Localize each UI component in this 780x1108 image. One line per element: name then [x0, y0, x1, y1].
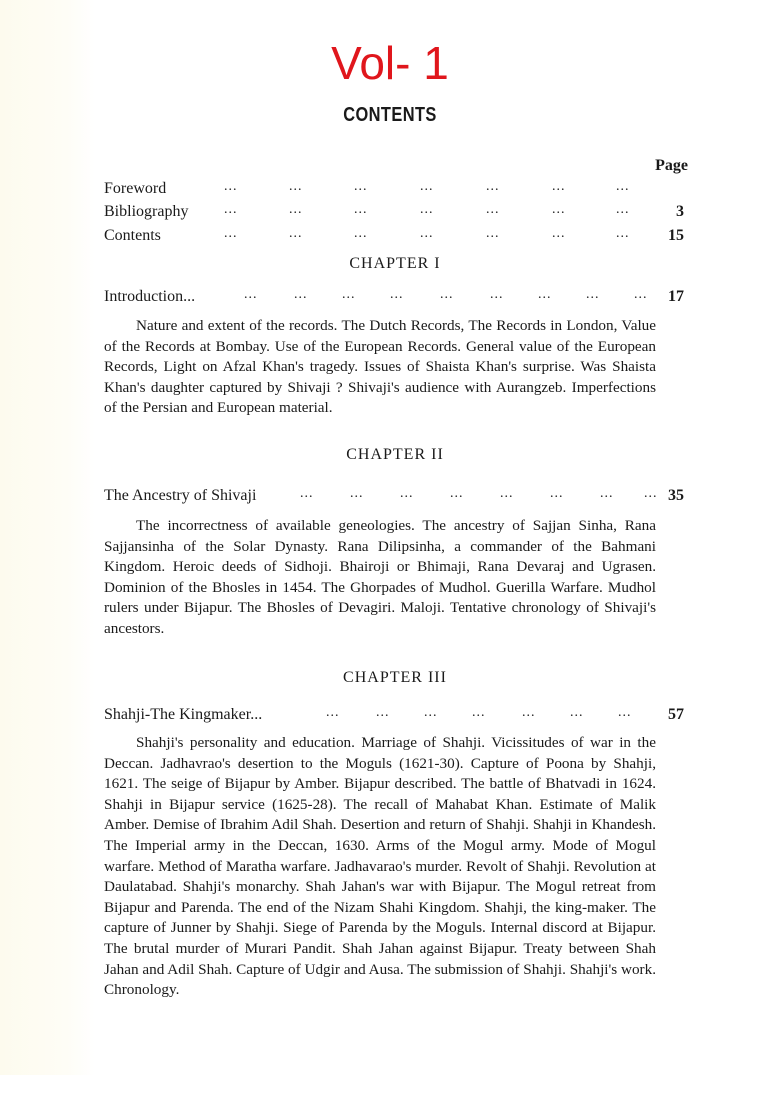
- chapter-heading: CHAPTER II: [0, 446, 780, 464]
- dot-leader: ...: [616, 176, 630, 198]
- toc-row-contents[interactable]: Contents ... ... ... ... ... ... ... 15: [104, 225, 684, 247]
- dot-leader: ...: [552, 176, 566, 198]
- dot-leader: ...: [570, 702, 584, 724]
- dot-leader: ...: [354, 176, 368, 198]
- dot-leader: ...: [550, 483, 564, 505]
- dot-leader: ...: [538, 284, 552, 306]
- chapter-heading: CHAPTER III: [0, 669, 780, 687]
- toc-row-chapter-3[interactable]: Shahji-The Kingmaker... ... ... ... ... …: [104, 704, 684, 726]
- dot-leader: ...: [400, 483, 414, 505]
- dot-leader: ...: [289, 176, 303, 198]
- dot-leader: ...: [326, 702, 340, 724]
- dot-leader: ...: [486, 199, 500, 221]
- dot-leader: ...: [354, 199, 368, 221]
- dot-leader: ...: [616, 199, 630, 221]
- volume-label: Vol- 1: [0, 36, 780, 90]
- dot-leader: ...: [616, 223, 630, 245]
- toc-entry-label: Foreword: [104, 178, 166, 200]
- toc-entry-page: 3: [676, 201, 684, 223]
- dot-leader: ...: [420, 199, 434, 221]
- dot-leader: ...: [224, 176, 238, 198]
- toc-entry-page: 35: [668, 485, 684, 507]
- dot-leader: ...: [486, 223, 500, 245]
- dot-leader: ...: [500, 483, 514, 505]
- dot-leader: ...: [450, 483, 464, 505]
- chapter-heading: CHAPTER I: [0, 255, 780, 273]
- toc-entry-page: 15: [668, 225, 684, 247]
- toc-row-chapter-1[interactable]: Introduction... ... ... ... ... ... ... …: [104, 286, 684, 308]
- dot-leader: ...: [644, 483, 658, 505]
- toc-row-foreword[interactable]: Foreword ... ... ... ... ... ... ...: [104, 178, 684, 200]
- dot-leader: ...: [300, 483, 314, 505]
- dot-leader: ...: [490, 284, 504, 306]
- dot-leader: ...: [224, 199, 238, 221]
- dot-leader: ...: [289, 223, 303, 245]
- dot-leader: ...: [224, 223, 238, 245]
- dot-leader: ...: [350, 483, 364, 505]
- toc-entry-label: Introduction...: [104, 286, 195, 308]
- toc-entry-page: 57: [668, 704, 684, 726]
- chapter-summary: Shahji's personality and education. Marr…: [104, 733, 656, 1001]
- dot-leader: ...: [390, 284, 404, 306]
- dot-leader: ...: [244, 284, 258, 306]
- dot-leader: ...: [522, 702, 536, 724]
- toc-entry-page: 17: [668, 286, 684, 308]
- page-column-label: Page: [655, 157, 688, 175]
- dot-leader: ...: [424, 702, 438, 724]
- dot-leader: ...: [420, 176, 434, 198]
- dot-leader: ...: [486, 176, 500, 198]
- page-title: CONTENTS: [70, 104, 710, 127]
- toc-row-bibliography[interactable]: Bibliography ... ... ... ... ... ... ...…: [104, 201, 684, 223]
- chapter-summary: Nature and extent of the records. The Du…: [104, 316, 656, 419]
- dot-leader: ...: [342, 284, 356, 306]
- dot-leader: ...: [289, 199, 303, 221]
- dot-leader: ...: [294, 284, 308, 306]
- chapter-summary: The incorrectness of available geneologi…: [104, 516, 656, 640]
- toc-entry-label: Bibliography: [104, 201, 188, 223]
- toc-row-chapter-2[interactable]: The Ancestry of Shivaji ... ... ... ... …: [104, 485, 684, 507]
- dot-leader: ...: [420, 223, 434, 245]
- dot-leader: ...: [552, 223, 566, 245]
- dot-leader: ...: [618, 702, 632, 724]
- toc-entry-label: The Ancestry of Shivaji: [104, 485, 256, 507]
- dot-leader: ...: [354, 223, 368, 245]
- dot-leader: ...: [440, 284, 454, 306]
- dot-leader: ...: [376, 702, 390, 724]
- toc-entry-label: Shahji-The Kingmaker...: [104, 704, 262, 726]
- page-edge-tint: [0, 0, 95, 1075]
- dot-leader: ...: [634, 284, 648, 306]
- dot-leader: ...: [552, 199, 566, 221]
- toc-entry-label: Contents: [104, 225, 161, 247]
- dot-leader: ...: [586, 284, 600, 306]
- dot-leader: ...: [600, 483, 614, 505]
- dot-leader: ...: [472, 702, 486, 724]
